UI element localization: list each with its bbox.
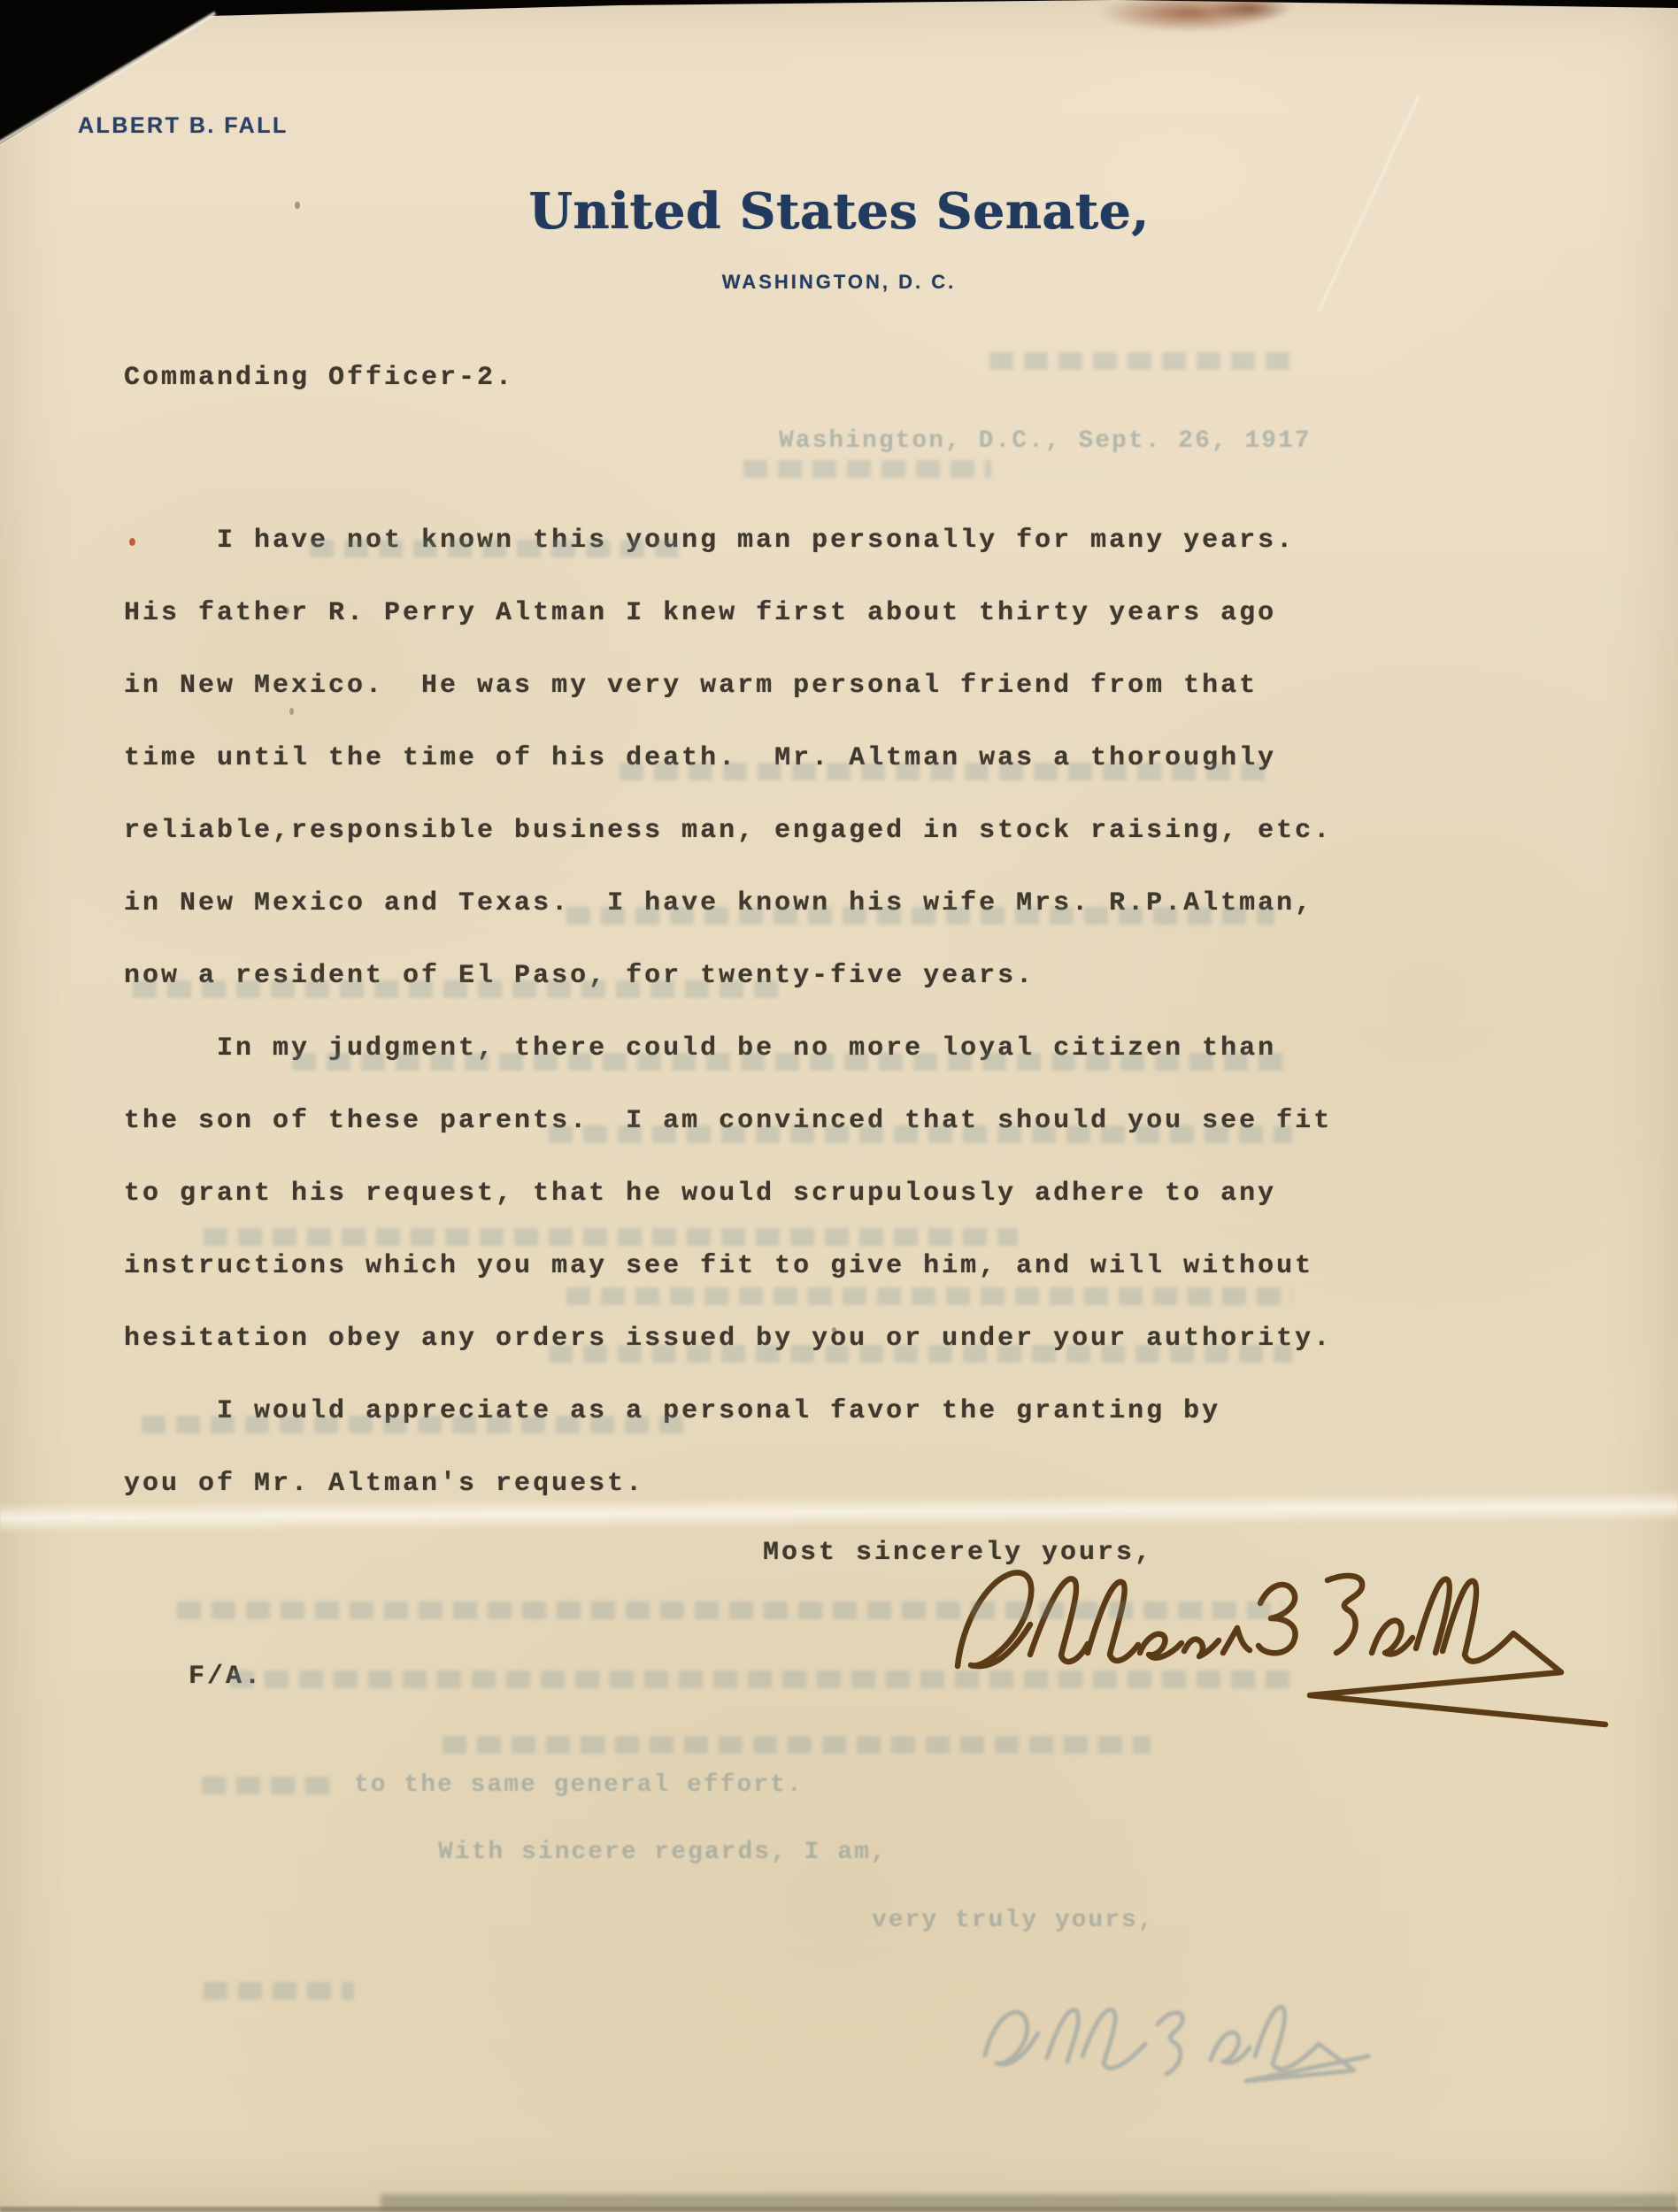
letterhead-org-name: United States Senate, [0, 182, 1678, 241]
bleedthrough-line [133, 980, 788, 998]
bleedthrough-line [202, 1777, 339, 1794]
letter-body: I have not known this young man personal… [124, 504, 1332, 1520]
bleedthrough-line [620, 763, 1274, 780]
bleedthrough-line [566, 1287, 1292, 1305]
bleedthrough-line [292, 1053, 1292, 1071]
bleedthrough-line [204, 1228, 1018, 1246]
letterhead-sender-name: ALBERT B. FALL [78, 113, 289, 139]
bleedthrough-line [142, 1416, 690, 1433]
bleedthrough-regards-line: With sincere regards, I am, [438, 1839, 888, 1866]
bottom-edge-shadow [0, 2207, 1678, 2212]
bleedthrough-line [204, 1982, 354, 2000]
letterhead-org-city: WASHINGTON, D. C. [0, 271, 1678, 294]
bleedthrough-line [230, 1671, 1292, 1688]
bleedthrough-effort-line: to the same general effort. [354, 1771, 804, 1799]
bleedthrough-line [566, 907, 1274, 925]
bleedthrough-line [310, 540, 681, 557]
bleedthrough-signature [972, 1989, 1450, 2095]
scanned-letter: ALBERT B. FALL United States Senate, WAS… [0, 0, 1678, 2212]
ghost-dateline: Washington, D.C., Sept. 26, 1917 [779, 427, 1312, 455]
bleedthrough-valediction: very truly yours, [872, 1907, 1155, 1934]
recipient-line: Commanding Officer-2. [124, 363, 514, 393]
bleedthrough-line [549, 1125, 1292, 1143]
bleedthrough-line [743, 460, 991, 478]
paper-stain [1097, 0, 1301, 41]
ink-signature [931, 1520, 1621, 1737]
bleedthrough-line [177, 1601, 1283, 1619]
bleedthrough-line [549, 1345, 1292, 1363]
bleedthrough-line [989, 352, 1290, 370]
bleedthrough-line [443, 1736, 1151, 1754]
